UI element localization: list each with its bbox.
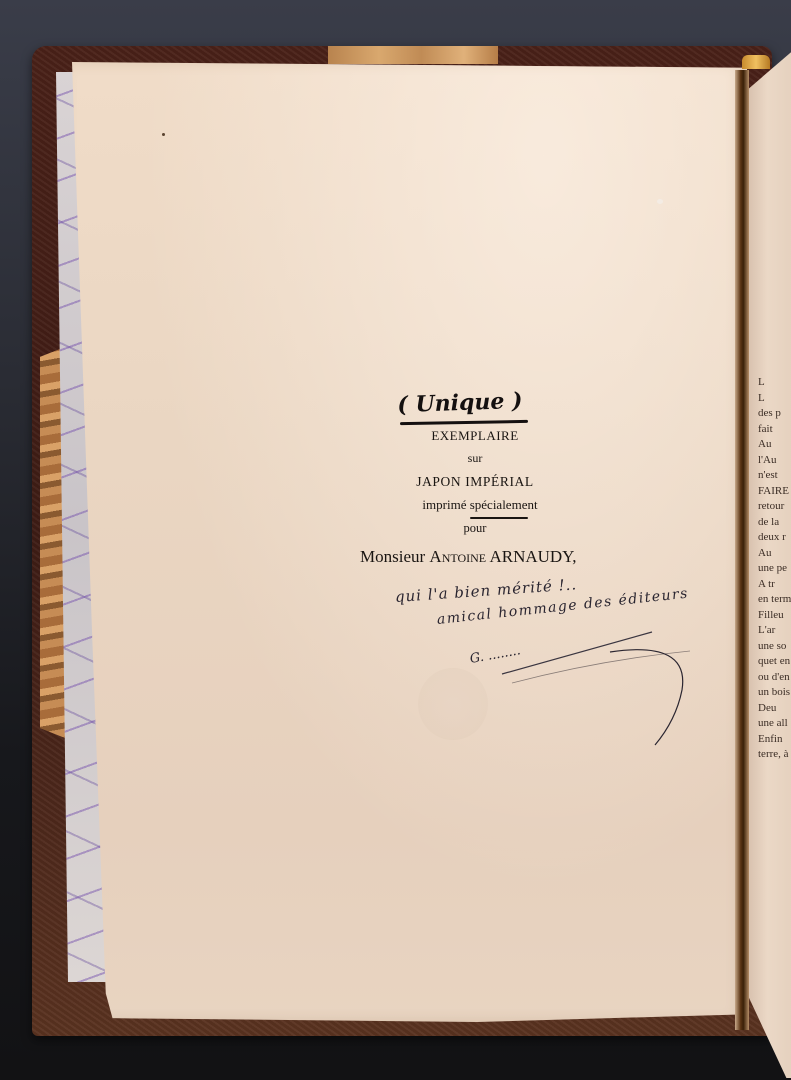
signature-flourish bbox=[0, 0, 791, 1080]
